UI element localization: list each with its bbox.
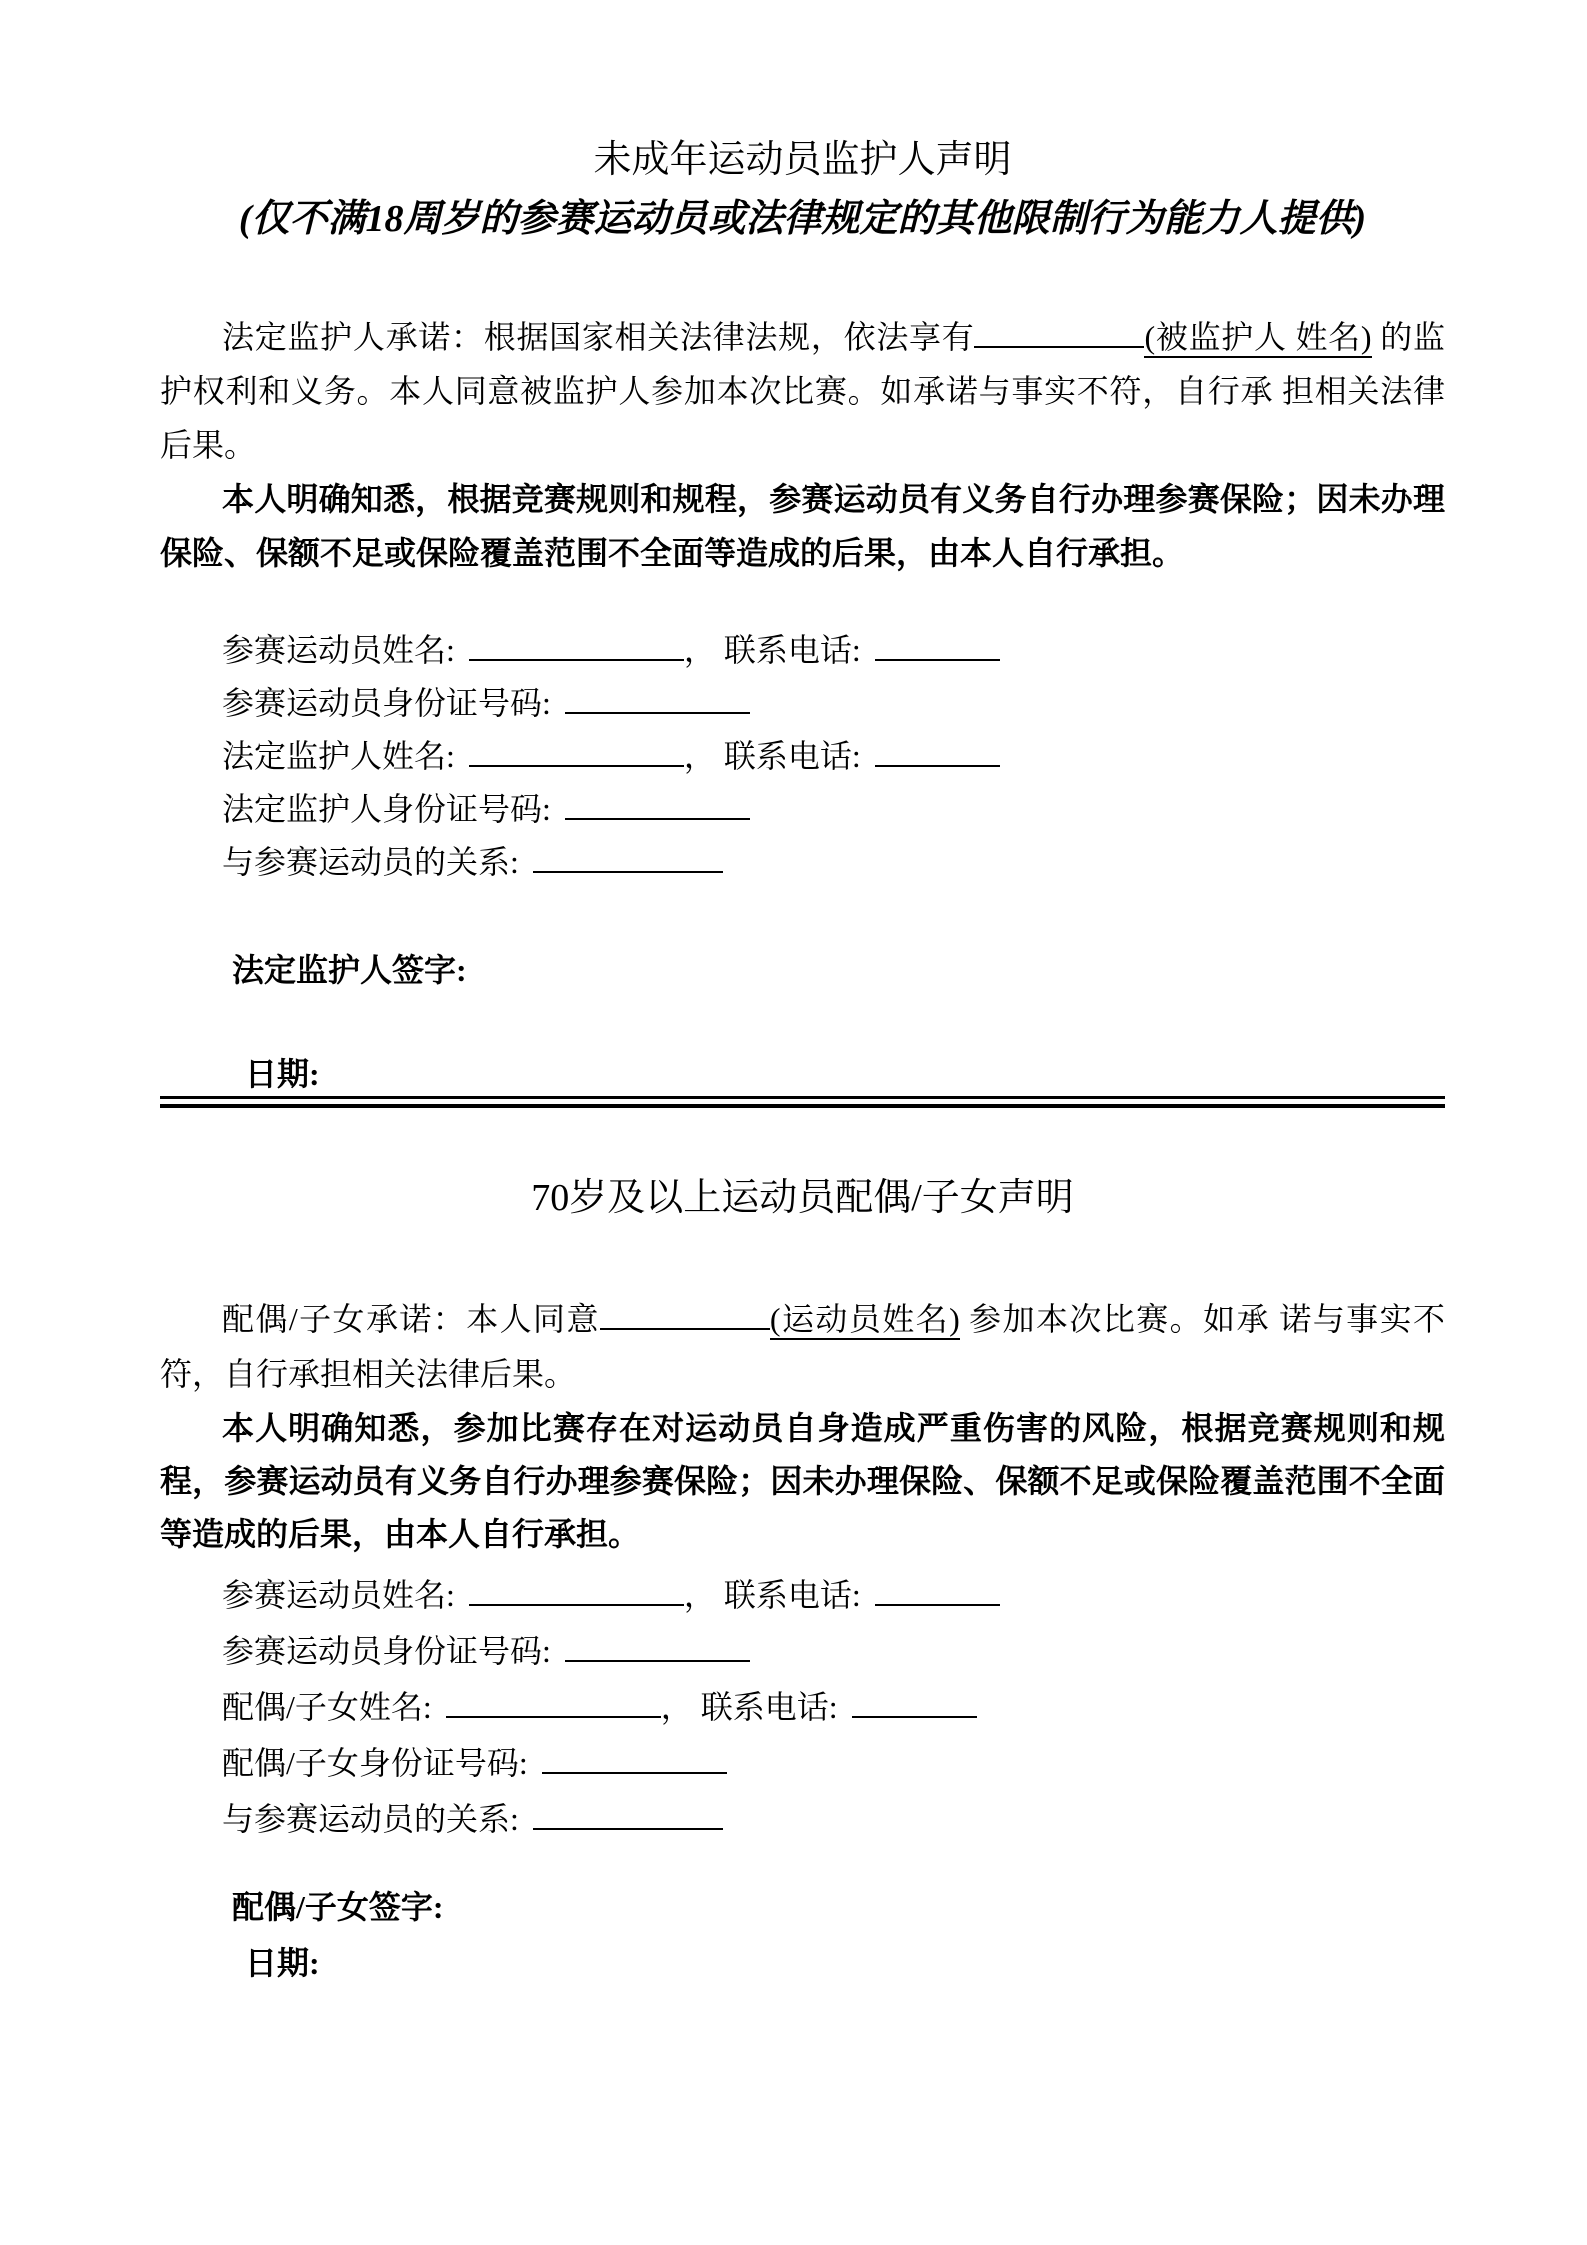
athlete-id-blank-2 — [565, 1628, 750, 1662]
relationship-blank-2 — [533, 1796, 723, 1830]
athlete-name-blank-2 — [469, 1572, 684, 1606]
field-row-athlete-name: 参赛运动员姓名:， 联系电话: — [160, 624, 1445, 677]
field-row-relationship-2: 与参赛运动员的关系: — [160, 1791, 1445, 1847]
section2-paragraph-commitment: 配偶/子女承诺：本人同意(运动员姓名) 参加本次比赛。如承 诺与事实不符，自行承… — [160, 1292, 1445, 1402]
athlete-phone-label-2: ， 联系电话: — [684, 1577, 861, 1613]
field-row-guardian-name: 法定监护人姓名:， 联系电话: — [160, 730, 1445, 783]
section1-form-fields: 参赛运动员姓名:， 联系电话: 参赛运动员身份证号码: 法定监护人姓名:， 联系… — [160, 624, 1445, 889]
athlete-name-hint: (运动员姓名) — [770, 1301, 960, 1340]
field-row-athlete-id: 参赛运动员身份证号码: — [160, 677, 1445, 730]
athlete-phone-label: ， 联系电话: — [684, 632, 861, 668]
section2-title: 70岁及以上运动员配偶/子女声明 — [160, 1174, 1445, 1222]
spouse-signature-label: 配偶/子女签字: — [160, 1881, 1445, 1934]
field-row-guardian-id: 法定监护人身份证号码: — [160, 783, 1445, 836]
guardian-name-label: 法定监护人姓名: — [222, 738, 455, 774]
guardian-id-label: 法定监护人身份证号码: — [222, 791, 551, 827]
athlete-id-label: 参赛运动员身份证号码: — [222, 685, 551, 721]
spouse-id-blank — [542, 1740, 727, 1774]
section1-subtitle: (仅不满18周岁的参赛运动员或法律规定的其他限制行为能力人提供) — [160, 194, 1445, 244]
athlete-name-blank — [469, 627, 684, 661]
section-divider — [160, 1096, 1445, 1108]
athlete-name-label: 参赛运动员姓名: — [222, 632, 455, 668]
athlete-name-label-2: 参赛运动员姓名: — [222, 1577, 455, 1613]
relationship-label: 与参赛运动员的关系: — [222, 844, 519, 880]
spouse-name-blank — [446, 1684, 661, 1718]
field-row-spouse-name: 配偶/子女姓名:， 联系电话: — [160, 1679, 1445, 1735]
guardian-declaration-section: 未成年运动员监护人声明 (仅不满18周岁的参赛运动员或法律规定的其他限制行为能力… — [160, 136, 1445, 1096]
relationship-label-2: 与参赛运动员的关系: — [222, 1801, 519, 1837]
athlete-id-label-2: 参赛运动员身份证号码: — [222, 1633, 551, 1669]
section1-date-label: 日期: — [160, 1052, 1445, 1096]
athlete-phone-blank-2 — [875, 1572, 1000, 1606]
section2-para1-before: 配偶/子女承诺：本人同意 — [222, 1301, 600, 1337]
guardian-phone-label: ， 联系电话: — [684, 738, 861, 774]
spouse-children-declaration-section: 70岁及以上运动员配偶/子女声明 配偶/子女承诺：本人同意(运动员姓名) 参加本… — [160, 1174, 1445, 1990]
section1-para1-before: 法定监护人承诺：根据国家相关法律法规，依法享有 — [222, 319, 974, 355]
spouse-phone-label: ， 联系电话: — [661, 1689, 838, 1725]
guardian-phone-blank — [875, 733, 1000, 767]
guardian-name-blank — [469, 733, 684, 767]
field-row-athlete-id-2: 参赛运动员身份证号码: — [160, 1623, 1445, 1679]
section1-paragraph-commitment: 法定监护人承诺：根据国家相关法律法规，依法享有(被监护人 姓名) 的监护权利和义… — [160, 310, 1445, 472]
guardian-signature-label: 法定监护人签字: — [160, 944, 1445, 997]
field-row-relationship: 与参赛运动员的关系: — [160, 836, 1445, 889]
section1-paragraph-insurance-notice: 本人明确知悉，根据竞赛规则和规程，参赛运动员有义务自行办理参赛保险；因未办理保险… — [160, 472, 1445, 580]
ward-name-hint: (被监护人 姓名) — [1144, 319, 1371, 358]
guardian-id-blank — [565, 786, 750, 820]
ward-name-blank — [974, 314, 1144, 348]
relationship-blank — [533, 839, 723, 873]
field-row-athlete-name-2: 参赛运动员姓名:， 联系电话: — [160, 1567, 1445, 1623]
spouse-name-label: 配偶/子女姓名: — [222, 1689, 432, 1725]
athlete-phone-blank — [875, 627, 1000, 661]
section2-paragraph-risk-notice: 本人明确知悉，参加比赛存在对运动员自身造成严重伤害的风险，根据竞赛规则和规程，参… — [160, 1402, 1445, 1561]
section1-title: 未成年运动员监护人声明 — [160, 136, 1445, 184]
athlete-id-blank — [565, 680, 750, 714]
athlete-name-inline-blank — [600, 1296, 770, 1330]
spouse-id-label: 配偶/子女身份证号码: — [222, 1745, 528, 1781]
section2-date-label: 日期: — [160, 1937, 1445, 1990]
document-page: 未成年运动员监护人声明 (仅不满18周岁的参赛运动员或法律规定的其他限制行为能力… — [160, 0, 1445, 1990]
spouse-phone-blank — [852, 1684, 977, 1718]
field-row-spouse-id: 配偶/子女身份证号码: — [160, 1735, 1445, 1791]
section2-form-fields: 参赛运动员姓名:， 联系电话: 参赛运动员身份证号码: 配偶/子女姓名:， 联系… — [160, 1567, 1445, 1847]
